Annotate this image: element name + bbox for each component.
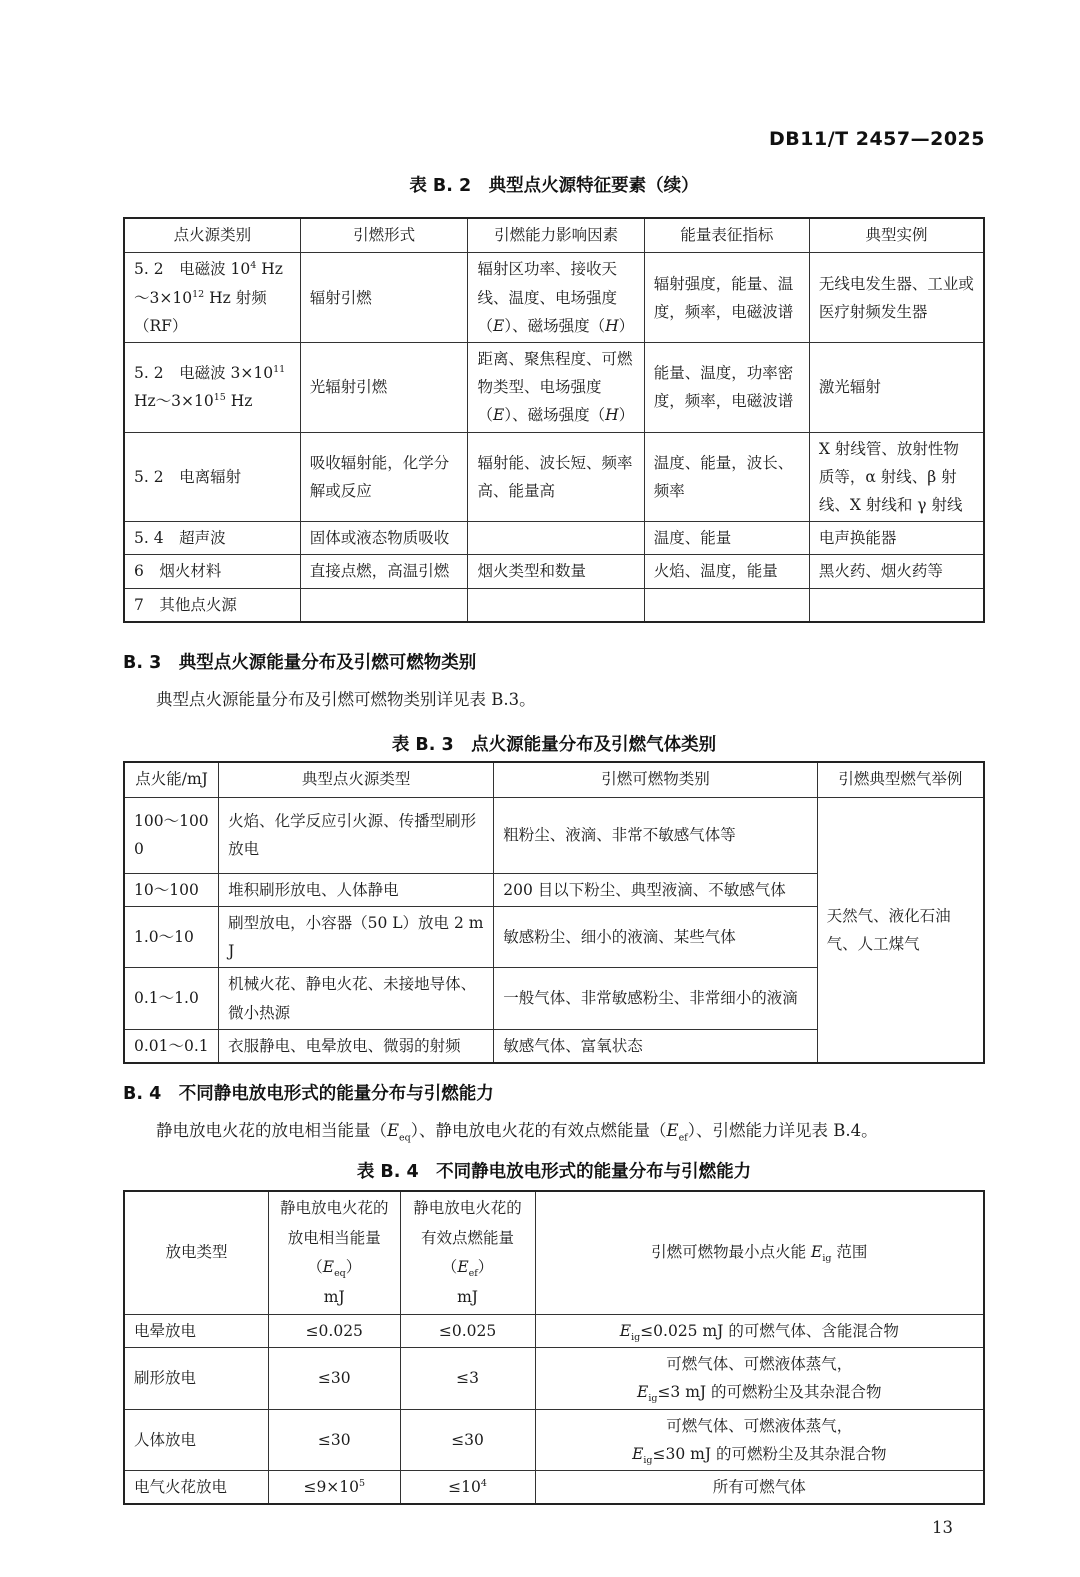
table-cell: 5. 2 电磁波 3×1011 Hz～3×1015 Hz xyxy=(124,343,300,433)
table-cell xyxy=(468,522,644,555)
column-header: 引燃典型燃气举例 xyxy=(817,762,984,797)
table-cell: 衣服静电、电晕放电、微弱的射频 xyxy=(219,1029,494,1063)
table-cell: 6 烟火材料 xyxy=(124,555,300,588)
table-cell: 可燃气体、可燃液体蒸气，Eig≤30 mJ 的可燃粉尘及其杂混合物 xyxy=(535,1409,984,1470)
column-header: 点火源类别 xyxy=(124,218,300,253)
table-row: 人体放电≤30≤30可燃气体、可燃液体蒸气，Eig≤30 mJ 的可燃粉尘及其杂… xyxy=(124,1409,984,1470)
table-cell: 敏感粉尘、细小的液滴、某些气体 xyxy=(494,906,817,967)
table-b2: 点火源类别引燃形式引燃能力影响因素能量表征指标典型实例5. 2 电磁波 104 … xyxy=(123,217,985,623)
table-cell: 火焰、化学反应引火源、传播型刷形放电 xyxy=(219,797,494,873)
table-cell: 直接点燃，高温引燃 xyxy=(300,555,468,588)
column-header: 静电放电火花的有效点燃能量（Eef）mJ xyxy=(400,1191,535,1314)
table-cell: 黑火药、烟火药等 xyxy=(809,555,984,588)
column-header: 引燃可燃物类别 xyxy=(494,762,817,797)
table-cell: 10～100 xyxy=(124,873,219,906)
table-cell: X 射线管、放射性物质等，α 射线、β 射线、X 射线和 γ 射线 xyxy=(809,432,984,522)
table-cell: 辐射能、波长短、频率高、能量高 xyxy=(468,432,644,522)
table-cell xyxy=(468,588,644,622)
merged-cell: 天然气、液化石油气、人工煤气 xyxy=(817,797,984,1063)
table-cell: 7 其他点火源 xyxy=(124,588,300,622)
table-row: 5. 2 电磁波 104 Hz～3×1012 Hz 射频（RF）辐射引燃辐射区功… xyxy=(124,253,984,343)
table-cell: ≤9×105 xyxy=(268,1471,400,1505)
table-row: 100～1000火焰、化学反应引火源、传播型刷形放电粗粉尘、液滴、非常不敏感气体… xyxy=(124,797,984,873)
table-row: 5. 2 电磁波 3×1011 Hz～3×1015 Hz光辐射引燃距离、聚焦程度… xyxy=(124,343,984,433)
table-cell: 温度、能量，波长、频率 xyxy=(644,432,809,522)
table-cell: 光辐射引燃 xyxy=(300,343,468,433)
table-row: 电晕放电≤0.025≤0.025Eig≤0.025 mJ 的可燃气体、含能混合物 xyxy=(124,1315,984,1348)
table-cell: ≤3 xyxy=(400,1348,535,1409)
column-header: 点火能/mJ xyxy=(124,762,219,797)
page-number: 13 xyxy=(123,1518,985,1537)
table-row: 5. 2 电离辐射吸收辐射能，化学分解或反应辐射能、波长短、频率高、能量高温度、… xyxy=(124,432,984,522)
table-b3-title: 表 B. 3 点火源能量分布及引燃气体类别 xyxy=(123,731,985,756)
table-cell: Eig≤0.025 mJ 的可燃气体、含能混合物 xyxy=(535,1315,984,1348)
column-header: 引燃能力影响因素 xyxy=(468,218,644,253)
table-cell: 机械火花、静电火花、未接地导体、微小热源 xyxy=(219,968,494,1029)
table-cell: ≤30 xyxy=(268,1409,400,1470)
table-cell: 5. 2 电磁波 104 Hz～3×1012 Hz 射频（RF） xyxy=(124,253,300,343)
table-b4-title: 表 B. 4 不同静电放电形式的能量分布与引燃能力 xyxy=(123,1158,985,1183)
table-b2-title: 表 B. 2 典型点火源特征要素（续） xyxy=(123,172,985,197)
table-cell: 可燃气体、可燃液体蒸气，Eig≤3 mJ 的可燃粉尘及其杂混合物 xyxy=(535,1348,984,1409)
table-cell: 0.1～1.0 xyxy=(124,968,219,1029)
table-cell: ≤0.025 xyxy=(268,1315,400,1348)
table-cell: 火焰、温度，能量 xyxy=(644,555,809,588)
table-cell xyxy=(644,588,809,622)
section-b4-paragraph: 静电放电火花的放电相当能量（Eeq）、静电放电火花的有效点燃能量（Eef）、引燃… xyxy=(123,1118,985,1144)
document-page: DB11/T 2457—2025 表 B. 2 典型点火源特征要素（续） 点火源… xyxy=(0,0,1080,1577)
table-cell: 无线电发生器、工业或医疗射频发生器 xyxy=(809,253,984,343)
column-header: 典型实例 xyxy=(809,218,984,253)
table-cell: ≤30 xyxy=(400,1409,535,1470)
column-header: 静电放电火花的放电相当能量（Eeq）mJ xyxy=(268,1191,400,1314)
table-row: 刷形放电≤30≤3可燃气体、可燃液体蒸气，Eig≤3 mJ 的可燃粉尘及其杂混合… xyxy=(124,1348,984,1409)
header-row: 点火能/mJ典型点火源类型引燃可燃物类别引燃典型燃气举例 xyxy=(124,762,984,797)
table-cell: 所有可燃气体 xyxy=(535,1471,984,1505)
table-row: 电气火花放电≤9×105≤104所有可燃气体 xyxy=(124,1471,984,1505)
table-row: 5. 4 超声波固体或液态物质吸收温度、能量电声换能器 xyxy=(124,522,984,555)
table-cell: 一般气体、非常敏感粉尘、非常细小的液滴 xyxy=(494,968,817,1029)
table-cell: 刷形放电 xyxy=(124,1348,268,1409)
table-cell: 电气火花放电 xyxy=(124,1471,268,1505)
table-cell: ≤104 xyxy=(400,1471,535,1505)
section-b3-paragraph: 典型点火源能量分布及引燃可燃物类别详见表 B.3。 xyxy=(123,687,985,713)
table-cell: 刷型放电，小容器（50 L）放电 2 mJ xyxy=(219,906,494,967)
table-cell: 电声换能器 xyxy=(809,522,984,555)
table-cell: 温度、能量 xyxy=(644,522,809,555)
table-cell: 敏感气体、富氧状态 xyxy=(494,1029,817,1063)
section-b4-heading: B. 4 不同静电放电形式的能量分布与引燃能力 xyxy=(123,1080,985,1105)
table-cell: 5. 2 电离辐射 xyxy=(124,432,300,522)
table-cell: 烟火类型和数量 xyxy=(468,555,644,588)
table-b4: 放电类型静电放电火花的放电相当能量（Eeq）mJ静电放电火花的有效点燃能量（Ee… xyxy=(123,1190,985,1505)
table-cell: 0.01～0.1 xyxy=(124,1029,219,1063)
table-cell: 距离、聚焦程度、可燃物类型、电场强度（E）、磁场强度（H） xyxy=(468,343,644,433)
table-cell: 固体或液态物质吸收 xyxy=(300,522,468,555)
table-cell: 辐射引燃 xyxy=(300,253,468,343)
table-cell: 100～1000 xyxy=(124,797,219,873)
header-row: 点火源类别引燃形式引燃能力影响因素能量表征指标典型实例 xyxy=(124,218,984,253)
table-cell: 堆积刷形放电、人体静电 xyxy=(219,873,494,906)
table-cell: ≤0.025 xyxy=(400,1315,535,1348)
table-cell xyxy=(300,588,468,622)
table-row: 7 其他点火源 xyxy=(124,588,984,622)
header-row: 放电类型静电放电火花的放电相当能量（Eeq）mJ静电放电火花的有效点燃能量（Ee… xyxy=(124,1191,984,1314)
table-cell: 5. 4 超声波 xyxy=(124,522,300,555)
table-cell: 能量、温度，功率密度，频率，电磁波谱 xyxy=(644,343,809,433)
table-cell: 电晕放电 xyxy=(124,1315,268,1348)
table-cell: 200 目以下粉尘、典型液滴、不敏感气体 xyxy=(494,873,817,906)
table-row: 6 烟火材料直接点燃，高温引燃烟火类型和数量火焰、温度，能量黑火药、烟火药等 xyxy=(124,555,984,588)
table-cell: 粗粉尘、液滴、非常不敏感气体等 xyxy=(494,797,817,873)
section-b3-heading: B. 3 典型点火源能量分布及引燃可燃物类别 xyxy=(123,649,985,674)
column-header: 典型点火源类型 xyxy=(219,762,494,797)
table-cell: 人体放电 xyxy=(124,1409,268,1470)
doc-number: DB11/T 2457—2025 xyxy=(123,128,985,150)
table-b3: 点火能/mJ典型点火源类型引燃可燃物类别引燃典型燃气举例100～1000火焰、化… xyxy=(123,761,985,1064)
column-header: 放电类型 xyxy=(124,1191,268,1314)
table-cell xyxy=(809,588,984,622)
table-cell: 吸收辐射能，化学分解或反应 xyxy=(300,432,468,522)
column-header: 引燃可燃物最小点火能 Eig 范围 xyxy=(535,1191,984,1314)
table-cell: 激光辐射 xyxy=(809,343,984,433)
table-cell: 辐射强度，能量、温度，频率，电磁波谱 xyxy=(644,253,809,343)
column-header: 引燃形式 xyxy=(300,218,468,253)
table-cell: ≤30 xyxy=(268,1348,400,1409)
table-cell: 1.0～10 xyxy=(124,906,219,967)
column-header: 能量表征指标 xyxy=(644,218,809,253)
table-cell: 辐射区功率、接收天线、温度、电场强度（E）、磁场强度（H） xyxy=(468,253,644,343)
